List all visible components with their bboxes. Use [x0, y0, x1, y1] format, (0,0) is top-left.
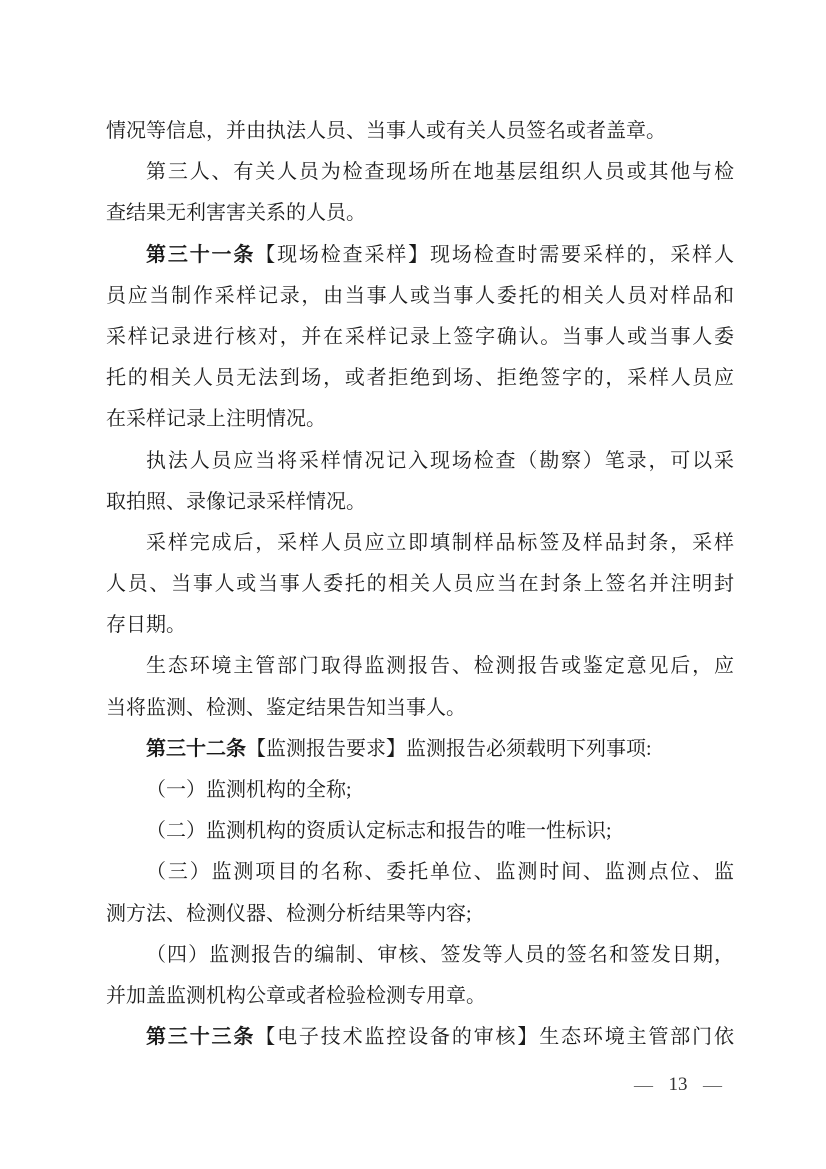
article-title-bracket: 【现场检查采样】 [255, 244, 430, 266]
text-line: 生态环境主管部门取得监测报告、检测报告或鉴定意见后，应 [106, 646, 734, 687]
document-page: 情况等信息，并由执法人员、当事人或有关人员签名或者盖章。 第三人、有关人员为检查… [0, 0, 826, 1169]
document-body: 情况等信息，并由执法人员、当事人或有关人员签名或者盖章。 第三人、有关人员为检查… [106, 111, 734, 1058]
article-number: 第三十三条 [146, 1026, 255, 1048]
article-line-32: 第三十二条【监测报告要求】监测报告必须载明下列事项: [106, 729, 734, 770]
article-text: 现场检查时需要采样的，采样人 [430, 244, 734, 266]
article-number: 第三十一条 [146, 244, 255, 266]
text-line: 在采样记录上注明情况。 [106, 399, 734, 440]
text-line: 取拍照、录像记录采样情况。 [106, 482, 734, 523]
text-line: 人员、当事人或当事人委托的相关人员应当在封条上签名并注明封 [106, 564, 734, 605]
article-text: 监测报告必须载明下列事项: [406, 738, 652, 760]
list-item-3: （三）监测项目的名称、委托单位、监测时间、监测点位、监 [106, 852, 734, 893]
page-number-dash-left: — [634, 1076, 653, 1095]
list-item-4: （四）监测报告的编制、审核、签发等人员的签名和签发日期， [106, 935, 734, 976]
article-text: 生态环境主管部门依 [539, 1026, 734, 1048]
article-number: 第三十二条 [146, 738, 246, 760]
page-number-dash-right: — [703, 1076, 722, 1095]
article-title-bracket: 【电子技术监控设备的审核】 [255, 1026, 539, 1048]
text-line: 执法人员应当将采样情况记入现场检查（勘察）笔录，可以采 [106, 441, 734, 482]
text-line: 查结果无利害害关系的人员。 [106, 193, 734, 234]
text-line: 第三人、有关人员为检查现场所在地基层组织人员或其他与检 [106, 152, 734, 193]
text-line: 员应当制作采样记录，由当事人或当事人委托的相关人员对样品和 [106, 276, 734, 317]
text-line: 并加盖监测机构公章或者检验检测专用章。 [106, 976, 734, 1017]
text-line: 存日期。 [106, 605, 734, 646]
text-line: 情况等信息，并由执法人员、当事人或有关人员签名或者盖章。 [106, 111, 734, 152]
list-item-2: （二）监测机构的资质认定标志和报告的唯一性标识; [106, 811, 734, 852]
text-line: 采样记录进行核对，并在采样记录上签字确认。当事人或当事人委 [106, 317, 734, 358]
text-line: 托的相关人员无法到场，或者拒绝到场、拒绝签字的，采样人员应 [106, 358, 734, 399]
article-line-33: 第三十三条【电子技术监控设备的审核】生态环境主管部门依 [106, 1017, 734, 1058]
article-title-bracket: 【监测报告要求】 [246, 738, 406, 760]
article-line-31: 第三十一条【现场检查采样】现场检查时需要采样的，采样人 [106, 235, 734, 276]
page-number-value: 13 [669, 1074, 688, 1096]
list-item-1: （一）监测机构的全称; [106, 770, 734, 811]
text-line: 测方法、检测仪器、检测分析结果等内容; [106, 894, 734, 935]
page-number: — 13 — [634, 1074, 722, 1096]
text-line: 采样完成后，采样人员应立即填制样品标签及样品封条，采样 [106, 523, 734, 564]
text-line: 当将监测、检测、鉴定结果告知当事人。 [106, 688, 734, 729]
